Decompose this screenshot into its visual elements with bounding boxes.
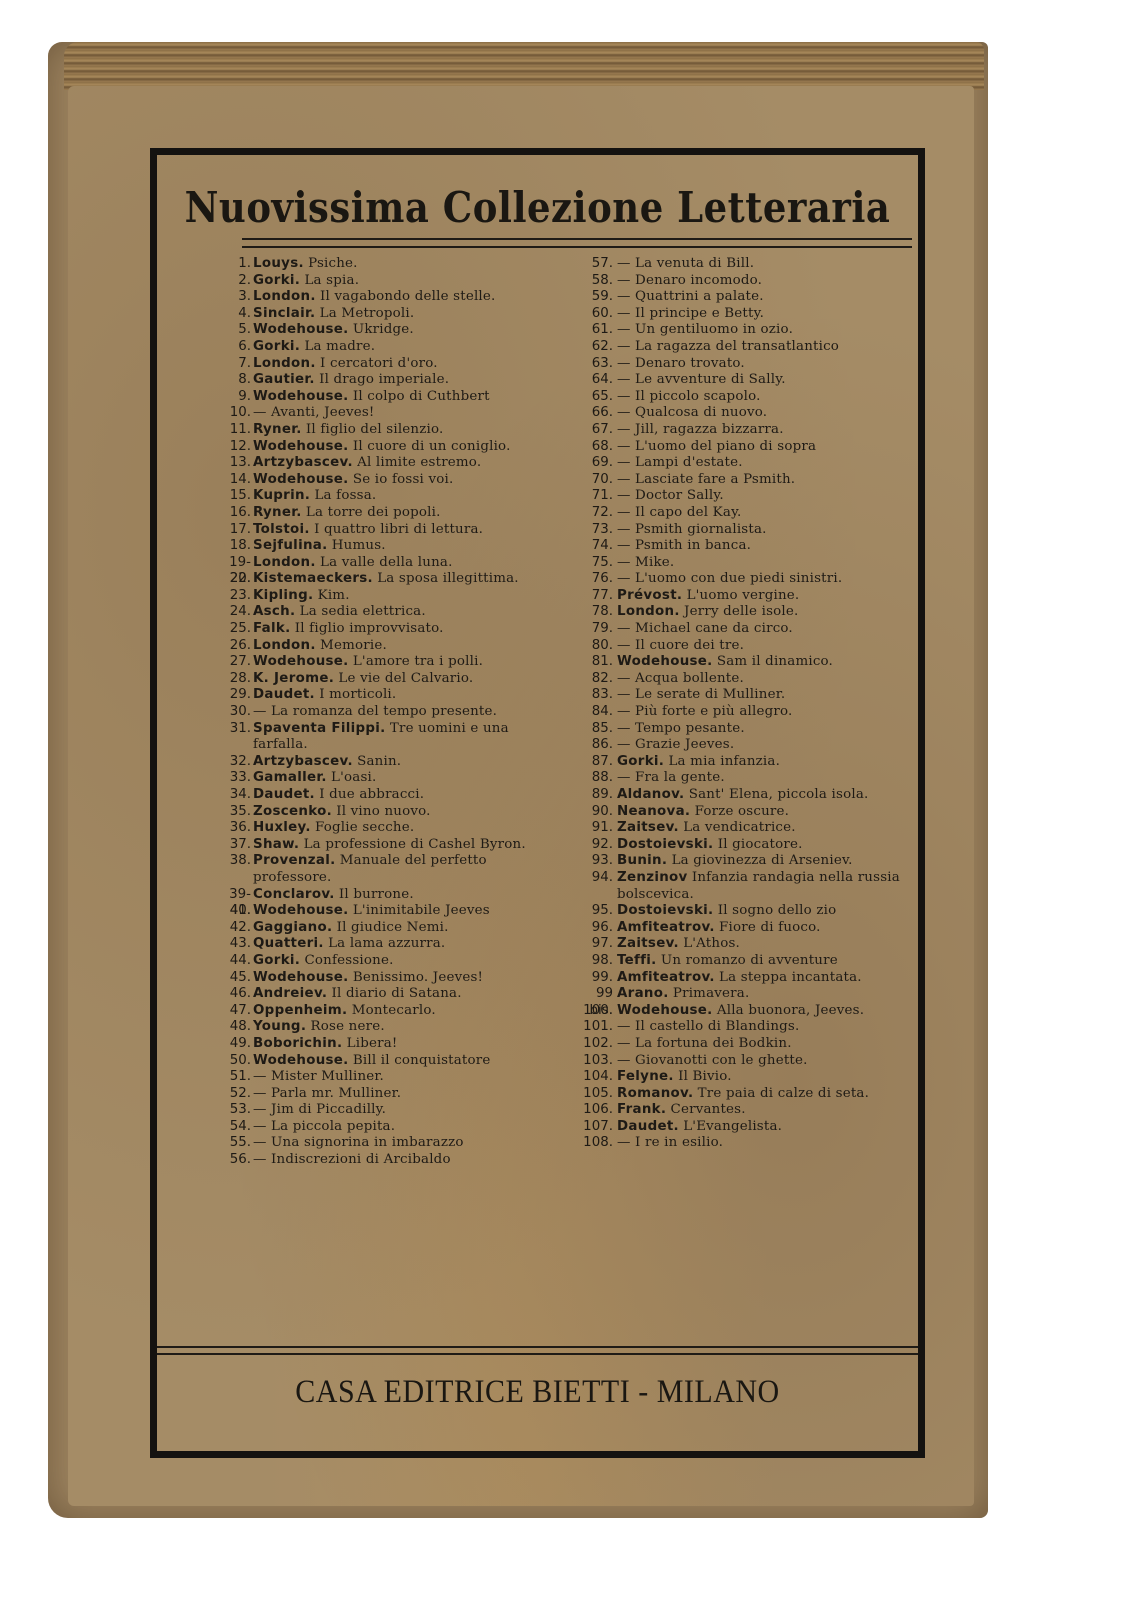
- catalog-entry: 87.Gorki. La mia infanzia.: [579, 754, 924, 771]
- entry-number: 25.: [215, 621, 251, 638]
- entry-title: — L'uomo del piano di sopra: [617, 439, 816, 454]
- catalog-entry: 99 bis.Arano. Primavera.: [579, 986, 924, 1003]
- entry-author: Young.: [253, 1019, 306, 1034]
- entry-number: 38.: [215, 853, 251, 870]
- catalog-entry: 53.— Jim di Piccadilly.: [215, 1102, 537, 1119]
- entry-title: La giovinezza di Arseniev.: [672, 853, 853, 868]
- entry-title: Il giocatore.: [718, 837, 803, 852]
- entry-number: 79.: [579, 621, 613, 638]
- entry-number: 14.: [215, 472, 251, 489]
- entry-author: Arano.: [617, 986, 669, 1001]
- entry-author: Zenzinov: [617, 870, 688, 885]
- entry-title: Kim.: [318, 588, 350, 603]
- catalog-entry: 58.— Denaro incomodo.: [579, 273, 924, 290]
- entry-number: 78.: [579, 604, 613, 621]
- entry-number: 68.: [579, 439, 613, 456]
- entry-author: Wodehouse.: [253, 903, 349, 918]
- catalog-entry: 79.— Michael cane da circo.: [579, 621, 924, 638]
- catalog-entry: 48.Young. Rose nere.: [215, 1019, 537, 1036]
- catalog-entry: 10.— Avanti, Jeeves!: [215, 405, 537, 422]
- catalog-entry: 70.— Lasciate fare a Psmith.: [579, 472, 924, 489]
- entry-title: Primavera.: [673, 986, 750, 1001]
- entry-number: 35.: [215, 804, 251, 821]
- catalog-entry: 95.Dostoievski. Il sogno dello zio: [579, 903, 924, 920]
- entry-number: 12.: [215, 439, 251, 456]
- entry-title: — Denaro incomodo.: [617, 273, 762, 288]
- catalog-entry: 4.Sinclair. La Metropoli.: [215, 306, 537, 323]
- catalog-entry: 100.Wodehouse. Alla buonora, Jeeves.: [579, 1003, 924, 1020]
- entry-title: Sant' Elena, piccola isola.: [689, 787, 869, 802]
- entry-number: 61.: [579, 322, 613, 339]
- entry-title: La sposa illegittima.: [377, 571, 519, 586]
- entry-number: 43.: [215, 936, 251, 953]
- entry-number: 76.: [579, 571, 613, 588]
- entry-number: 99.: [579, 970, 613, 987]
- entry-title: Il giudice Nemi.: [337, 920, 449, 935]
- entry-number: 52.: [215, 1086, 251, 1103]
- catalog-entry: 35.Zoscenko. Il vino nuovo.: [215, 804, 537, 821]
- catalog-entry: 101.— Il castello di Blandings.: [579, 1019, 924, 1036]
- entry-number: 31.: [215, 721, 251, 738]
- entry-title: Al limite estremo.: [357, 455, 481, 470]
- catalog-entry: 108.— I re in esilio.: [579, 1135, 924, 1152]
- entry-number: 54.: [215, 1119, 251, 1136]
- catalog-entry: 80.— Il cuore dei tre.: [579, 638, 924, 655]
- entry-number: 96.: [579, 920, 613, 937]
- entry-number: 98.: [579, 953, 613, 970]
- entry-number: 26.: [215, 638, 251, 655]
- entry-number: 103.: [579, 1053, 613, 1070]
- entry-title: — Jim di Piccadilly.: [253, 1102, 386, 1117]
- entry-number: 23.: [215, 588, 251, 605]
- catalog-entry: 11.Ryner. Il figlio del silenzio.: [215, 422, 537, 439]
- catalog-entry: 66.— Qualcosa di nuovo.: [579, 405, 924, 422]
- entry-number: 108.: [579, 1135, 613, 1152]
- entry-author: London.: [253, 638, 316, 653]
- entry-number: 67.: [579, 422, 613, 439]
- catalog-entry: 77.Prévost. L'uomo vergine.: [579, 588, 924, 605]
- entry-title: — Grazie Jeeves.: [617, 737, 734, 752]
- entry-title: — Il piccolo scapolo.: [617, 389, 761, 404]
- entry-title: Montecarlo.: [352, 1003, 436, 1018]
- entry-title: — Un gentiluomo in ozio.: [617, 322, 793, 337]
- entry-title: — Mister Mulliner.: [253, 1069, 384, 1084]
- entry-number: 44.: [215, 953, 251, 970]
- entry-author: Teffi.: [617, 953, 657, 968]
- entry-number: 95.: [579, 903, 613, 920]
- entry-author: Wodehouse.: [253, 970, 349, 985]
- entry-author: Gamaller.: [253, 770, 327, 785]
- entry-title: I quattro libri di lettura.: [314, 522, 483, 537]
- entry-number: 2.: [215, 273, 251, 290]
- entry-number: 41.: [215, 903, 251, 920]
- entry-number: 82.: [579, 671, 613, 688]
- entry-author: Frank.: [617, 1102, 666, 1117]
- entry-author: Zaitsev.: [617, 936, 679, 951]
- entry-number: 66.: [579, 405, 613, 422]
- entry-title: Jerry delle isole.: [684, 604, 798, 619]
- catalog-entry: 45.Wodehouse. Benissimo. Jeeves!: [215, 970, 537, 987]
- catalog-entry: 84.— Più forte e più allegro.: [579, 704, 924, 721]
- entry-author: London.: [617, 604, 680, 619]
- entry-title: Memorie.: [320, 638, 387, 653]
- catalog-entry: 106.Frank. Cervantes.: [579, 1102, 924, 1119]
- entry-author: Dostoievski.: [617, 837, 713, 852]
- entry-number: 86.: [579, 737, 613, 754]
- catalog-entry: 23.Kipling. Kim.: [215, 588, 537, 605]
- entry-number: 85.: [579, 721, 613, 738]
- entry-title: — Lampi d'estate.: [617, 455, 743, 470]
- entry-author: Wodehouse.: [253, 654, 349, 669]
- entry-title: L'Athos.: [683, 936, 740, 951]
- entry-number: 83.: [579, 687, 613, 704]
- entry-title: — Le serate di Mulliner.: [617, 687, 785, 702]
- entry-number: 37.: [215, 837, 251, 854]
- entry-author: Wodehouse.: [253, 472, 349, 487]
- entry-title: La valle della luna.: [320, 555, 453, 570]
- entry-author: Gorki.: [253, 339, 300, 354]
- entry-title: L'oasi.: [331, 770, 376, 785]
- entry-title: — Psmith giornalista.: [617, 522, 767, 537]
- catalog-entry: 47.Oppenheim. Montecarlo.: [215, 1003, 537, 1020]
- catalog-entry: 41.Wodehouse. L'inimitabile Jeeves: [215, 903, 537, 920]
- entry-author: Gorki.: [617, 754, 664, 769]
- entry-author: Daudet.: [253, 687, 315, 702]
- entry-author: Shaw.: [253, 837, 299, 852]
- catalog-entry: 52.— Parla mr. Mulliner.: [215, 1086, 537, 1103]
- entry-number: 1.: [215, 256, 251, 273]
- entry-number: 57.: [579, 256, 613, 273]
- entry-title: Il drago imperiale.: [319, 372, 449, 387]
- entry-number: 50.: [215, 1053, 251, 1070]
- entry-author: Romanov.: [617, 1086, 693, 1101]
- catalog-entry: 28.K. Jerome. Le vie del Calvario.: [215, 671, 537, 688]
- catalog-frame: Nuovissima Collezione Letteraria 1.Louys…: [150, 148, 925, 1458]
- entry-number: 65.: [579, 389, 613, 406]
- entry-title: La vendicatrice.: [683, 820, 796, 835]
- catalog-entry: 76.— L'uomo con due piedi sinistri.: [579, 571, 924, 588]
- entry-title: — La venuta di Bill.: [617, 256, 754, 271]
- entry-author: London.: [253, 356, 316, 371]
- entry-author: Amfiteatrov.: [617, 970, 715, 985]
- catalog-entry: 13.Artzybascev. Al limite estremo.: [215, 455, 537, 472]
- entry-title: — La piccola pepita.: [253, 1119, 395, 1134]
- entry-number: 62.: [579, 339, 613, 356]
- entry-number: 36.: [215, 820, 251, 837]
- entry-author: Amfiteatrov.: [617, 920, 715, 935]
- catalog-entry: 22.Kistemaeckers. La sposa illegittima.: [215, 571, 537, 588]
- entry-title: Ukridge.: [353, 322, 414, 337]
- entry-number: 91.: [579, 820, 613, 837]
- catalog-entry: 62.— La ragazza del transatlantico: [579, 339, 924, 356]
- entry-title: — Michael cane da circo.: [617, 621, 793, 636]
- entry-author: Kistemaeckers.: [253, 571, 373, 586]
- entry-title: I morticoli.: [319, 687, 396, 702]
- entry-number: 47.: [215, 1003, 251, 1020]
- entry-title: Il sogno dello zio: [718, 903, 837, 918]
- entry-title: — Le avventure di Sally.: [617, 372, 786, 387]
- entry-title: La fossa.: [314, 488, 376, 503]
- entry-title: Benissimo. Jeeves!: [353, 970, 483, 985]
- catalog-entry: 15.Kuprin. La fossa.: [215, 488, 537, 505]
- entry-title: La lama azzurra.: [328, 936, 445, 951]
- entry-number: 75.: [579, 555, 613, 572]
- entry-author: Ryner.: [253, 422, 302, 437]
- entry-number: 56.: [215, 1152, 251, 1169]
- entry-number: 3.: [215, 289, 251, 306]
- entry-title: L'Evangelista.: [683, 1119, 782, 1134]
- entry-number: 22.: [215, 571, 251, 588]
- publisher-imprint: CASA EDITRICE BIETTI - MILANO: [157, 1373, 918, 1410]
- entry-title: Sam il dinamico.: [717, 654, 833, 669]
- entry-title: Humus.: [332, 538, 386, 553]
- catalog-entry: 69.— Lampi d'estate.: [579, 455, 924, 472]
- catalog-entry: 59.— Quattrini a palate.: [579, 289, 924, 306]
- entry-number: 42.: [215, 920, 251, 937]
- entry-title: Fiore di fuoco.: [719, 920, 821, 935]
- catalog-entry: 99.Amfiteatrov. La steppa incantata.: [579, 970, 924, 987]
- catalog-entry: 46.Andreiev. Il diario di Satana.: [215, 986, 537, 1003]
- catalog-entry: 6.Gorki. La madre.: [215, 339, 537, 356]
- entry-number: 97.: [579, 936, 613, 953]
- entry-title: L'inimitabile Jeeves: [353, 903, 490, 918]
- entry-author: Quatteri.: [253, 936, 324, 951]
- catalog-entry: 57.— La venuta di Bill.: [579, 256, 924, 273]
- entry-title: La steppa incantata.: [719, 970, 862, 985]
- entry-number: 59.: [579, 289, 613, 306]
- entry-title: Libera!: [347, 1036, 398, 1051]
- catalog-entry: 36.Huxley. Foglie secche.: [215, 820, 537, 837]
- catalog-entry: 96.Amfiteatrov. Fiore di fuoco.: [579, 920, 924, 937]
- entry-author: Wodehouse.: [617, 654, 713, 669]
- entry-author: Tolstoi.: [253, 522, 310, 537]
- entry-author: Daudet.: [617, 1119, 679, 1134]
- entry-number: 6.: [215, 339, 251, 356]
- entry-title: — Indiscrezioni di Arcibaldo: [253, 1152, 451, 1167]
- entry-title: Cervantes.: [671, 1102, 746, 1117]
- catalog-entry: 39-40.Conclarov. Il burrone.: [215, 887, 537, 904]
- entry-number: 15.: [215, 488, 251, 505]
- catalog-entry: 105.Romanov. Tre paia di calze di seta.: [579, 1086, 924, 1103]
- entry-number: 29.: [215, 687, 251, 704]
- catalog-entry: 103.— Giovanotti con le ghette.: [579, 1053, 924, 1070]
- entry-title: Se io fossi voi.: [353, 472, 454, 487]
- entry-author: Artzybascev.: [253, 455, 353, 470]
- catalog-entry: 93.Bunin. La giovinezza di Arseniev.: [579, 853, 924, 870]
- entry-author: Felyne.: [617, 1069, 674, 1084]
- entry-author: Falk.: [253, 621, 290, 636]
- entry-number: 104.: [579, 1069, 613, 1086]
- catalog-entry: 12.Wodehouse. Il cuore di un coniglio.: [215, 439, 537, 456]
- entry-author: Kuprin.: [253, 488, 310, 503]
- entry-author: Sejfulina.: [253, 538, 328, 553]
- entry-title: La torre dei popoli.: [306, 505, 441, 520]
- entry-number: 27.: [215, 654, 251, 671]
- catalog-right-column: 57.— La venuta di Bill.58.— Denaro incom…: [579, 256, 924, 1152]
- entry-title: La mia infanzia.: [668, 754, 780, 769]
- entry-number: 69.: [579, 455, 613, 472]
- catalog-entry: 3.London. Il vagabondo delle stelle.: [215, 289, 537, 306]
- entry-number: 93.: [579, 853, 613, 870]
- entry-author: Gorki.: [253, 273, 300, 288]
- entry-author: Spaventa Filippi.: [253, 721, 386, 736]
- entry-author: London.: [253, 555, 316, 570]
- entry-author: Provenzal.: [253, 853, 335, 868]
- catalog-entry: 14.Wodehouse. Se io fossi voi.: [215, 472, 537, 489]
- entry-author: Prévost.: [617, 588, 682, 603]
- catalog-entry: 67.— Jill, ragazza bizzarra.: [579, 422, 924, 439]
- catalog-entry: 64.— Le avventure di Sally.: [579, 372, 924, 389]
- entry-title: Rose nere.: [310, 1019, 384, 1034]
- entry-author: Asch.: [253, 604, 295, 619]
- catalog-entry: 32.Artzybascev. Sanin.: [215, 754, 537, 771]
- entry-author: Oppenheim.: [253, 1003, 347, 1018]
- catalog-entry: 16.Ryner. La torre dei popoli.: [215, 505, 537, 522]
- entry-number: 94.: [579, 870, 613, 887]
- catalog-entry: 82.— Acqua bollente.: [579, 671, 924, 688]
- entry-title: Tre paia di calze di seta.: [698, 1086, 869, 1101]
- catalog-entry: 54.— La piccola pepita.: [215, 1119, 537, 1136]
- catalog-entry: 78.London. Jerry delle isole.: [579, 604, 924, 621]
- entry-number: 34.: [215, 787, 251, 804]
- entry-title: — Mike.: [617, 555, 674, 570]
- entry-title: Il figlio del silenzio.: [306, 422, 444, 437]
- entry-number: 92.: [579, 837, 613, 854]
- catalog-entry: 102.— La fortuna dei Bodkin.: [579, 1036, 924, 1053]
- entry-number: 74.: [579, 538, 613, 555]
- entry-number: 9.: [215, 389, 251, 406]
- entry-title: — L'uomo con due piedi sinistri.: [617, 571, 842, 586]
- entry-number: 18.: [215, 538, 251, 555]
- catalog-entry: 91.Zaitsev. La vendicatrice.: [579, 820, 924, 837]
- entry-title: — Una signorina in imbarazzo: [253, 1135, 464, 1150]
- entry-title: — Qualcosa di nuovo.: [617, 405, 767, 420]
- catalog-entry: 74.— Psmith in banca.: [579, 538, 924, 555]
- entry-author: Louys.: [253, 256, 304, 271]
- entry-number: 53.: [215, 1102, 251, 1119]
- entry-title: Il figlio improvvisato.: [295, 621, 444, 636]
- entry-author: Kipling.: [253, 588, 313, 603]
- catalog-entry: 8.Gautier. Il drago imperiale.: [215, 372, 537, 389]
- entry-number: 8.: [215, 372, 251, 389]
- catalog-entry: 81.Wodehouse. Sam il dinamico.: [579, 654, 924, 671]
- catalog-entry: 7.London. I cercatori d'oro.: [215, 356, 537, 373]
- collection-title: Nuovissima Collezione Letteraria: [157, 182, 918, 233]
- catalog-entry: 89.Aldanov. Sant' Elena, piccola isola.: [579, 787, 924, 804]
- entry-title: Il colpo di Cuthbert: [353, 389, 490, 404]
- catalog-entry: 5.Wodehouse. Ukridge.: [215, 322, 537, 339]
- entry-number: 30.: [215, 704, 251, 721]
- catalog-entry: 75.— Mike.: [579, 555, 924, 572]
- entry-number: 81.: [579, 654, 613, 671]
- catalog-entry: 1.Louys. Psiche.: [215, 256, 537, 273]
- catalog-entry: 73.— Psmith giornalista.: [579, 522, 924, 539]
- entry-title: Alla buonora, Jeeves.: [717, 1003, 864, 1018]
- entry-number: 105.: [579, 1086, 613, 1103]
- entry-number: 49.: [215, 1036, 251, 1053]
- catalog-entry: 88.— Fra la gente.: [579, 770, 924, 787]
- entry-title: — Doctor Sally.: [617, 488, 724, 503]
- catalog-entry: 85.— Tempo pesante.: [579, 721, 924, 738]
- entry-number: 101.: [579, 1019, 613, 1036]
- entry-number: 28.: [215, 671, 251, 688]
- entry-title: — Jill, ragazza bizzarra.: [617, 422, 784, 437]
- catalog-entry: 33.Gamaller. L'oasi.: [215, 770, 537, 787]
- catalog-entry: 56.— Indiscrezioni di Arcibaldo: [215, 1152, 537, 1169]
- entry-number: 106.: [579, 1102, 613, 1119]
- catalog-entry: 17.Tolstoi. I quattro libri di lettura.: [215, 522, 537, 539]
- entry-title: Il vagabondo delle stelle.: [320, 289, 495, 304]
- entry-number: 48.: [215, 1019, 251, 1036]
- entry-author: Wodehouse.: [253, 439, 349, 454]
- entry-author: Bunin.: [617, 853, 667, 868]
- catalog-entry: 2.Gorki. La spia.: [215, 273, 537, 290]
- entry-title: — Denaro trovato.: [617, 356, 745, 371]
- entry-number: 10.: [215, 405, 251, 422]
- entry-author: Wodehouse.: [253, 1053, 349, 1068]
- entry-number: 45.: [215, 970, 251, 987]
- entry-title: Il Bivio.: [678, 1069, 732, 1084]
- catalog-entry: 92.Dostoievski. Il giocatore.: [579, 837, 924, 854]
- entry-number: 16.: [215, 505, 251, 522]
- catalog-entry: 24.Asch. La sedia elettrica.: [215, 604, 537, 621]
- entry-author: Huxley.: [253, 820, 311, 835]
- entry-title: I due abbracci.: [319, 787, 424, 802]
- entry-author: Dostoievski.: [617, 903, 713, 918]
- entry-author: Boborichin.: [253, 1036, 342, 1051]
- entry-title: La madre.: [304, 339, 375, 354]
- entry-title: — Il cuore dei tre.: [617, 638, 744, 653]
- catalog-entry: 49.Boborichin. Libera!: [215, 1036, 537, 1053]
- catalog-entry: 29.Daudet. I morticoli.: [215, 687, 537, 704]
- catalog-entry: 94.Zenzinov Infanzia randagia nella russ…: [579, 870, 924, 903]
- entry-title: Il vino nuovo.: [336, 804, 430, 819]
- entry-title: Un romanzo di avventure: [661, 953, 838, 968]
- entry-number: 63.: [579, 356, 613, 373]
- entry-number: 100.: [579, 1003, 613, 1020]
- entry-title: Sanin.: [357, 754, 401, 769]
- catalog-entry: 26.London. Memorie.: [215, 638, 537, 655]
- entry-title: La sedia elettrica.: [300, 604, 426, 619]
- entry-author: Daudet.: [253, 787, 315, 802]
- entry-title: — Più forte e più allegro.: [617, 704, 792, 719]
- entry-number: 88.: [579, 770, 613, 787]
- entry-title: Il diario di Satana.: [332, 986, 462, 1001]
- catalog-left-column: 1.Louys. Psiche.2.Gorki. La spia.3.Londo…: [215, 256, 537, 1169]
- catalog-entry: 90.Neanova. Forze oscure.: [579, 804, 924, 821]
- catalog-entry: 98.Teffi. Un romanzo di avventure: [579, 953, 924, 970]
- catalog-entry: 31.Spaventa Filippi. Tre uomini e una fa…: [215, 721, 537, 754]
- catalog-entry: 19-20.London. La valle della luna.: [215, 555, 537, 572]
- catalog-entry: 30.— La romanza del tempo presente.: [215, 704, 537, 721]
- entry-number: 33.: [215, 770, 251, 787]
- entry-author: Wodehouse.: [253, 389, 349, 404]
- entry-number: 87.: [579, 754, 613, 771]
- entry-number: 84.: [579, 704, 613, 721]
- catalog-entry: 72.— Il capo del Kay.: [579, 505, 924, 522]
- catalog-entry: 55.— Una signorina in imbarazzo: [215, 1135, 537, 1152]
- entry-title: — La ragazza del transatlantico: [617, 339, 839, 354]
- entry-title: — Il principe e Betty.: [617, 306, 764, 321]
- catalog-entry: 34.Daudet. I due abbracci.: [215, 787, 537, 804]
- entry-author: Artzybascev.: [253, 754, 353, 769]
- entry-author: Aldanov.: [617, 787, 684, 802]
- entry-title: — La fortuna dei Bodkin.: [617, 1036, 792, 1051]
- catalog-entry: 9.Wodehouse. Il colpo di Cuthbert: [215, 389, 537, 406]
- entry-number: 60.: [579, 306, 613, 323]
- entry-number: 4.: [215, 306, 251, 323]
- entry-number: 73.: [579, 522, 613, 539]
